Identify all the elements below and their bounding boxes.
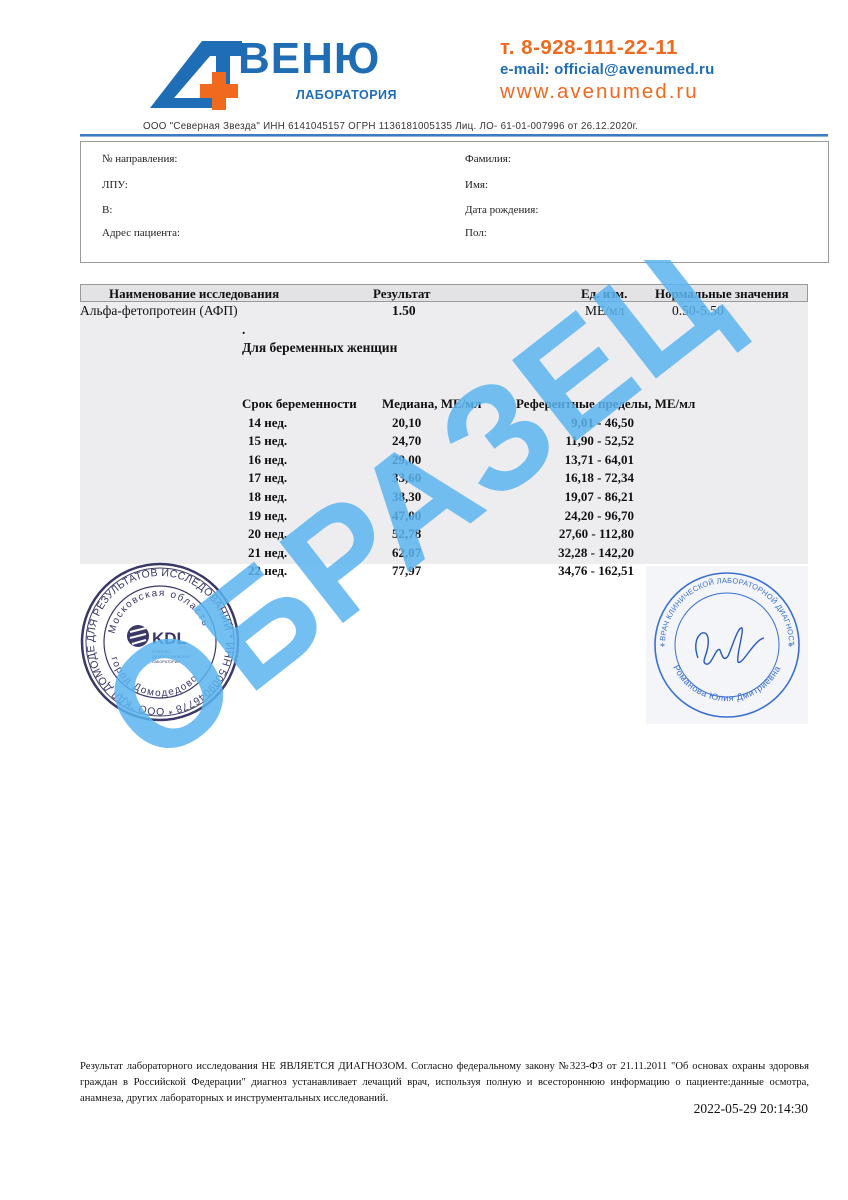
svg-text:ВРАЧ КЛИНИЧЕСКОЙ ЛАБОРАТОРНОЙ: ВРАЧ КЛИНИЧЕСКОЙ ЛАБОРАТОРНОЙ ДИАГНОСТИК… bbox=[646, 566, 796, 646]
svg-text:ЛАБОРАТОРИИ: ЛАБОРАТОРИИ bbox=[152, 660, 180, 664]
contact-block: т. 8-928-111-22-11 e-mail: official@aven… bbox=[500, 36, 750, 104]
gestation-week: 19 нед. bbox=[248, 508, 287, 524]
median-value: 77,97 bbox=[392, 563, 421, 579]
median-value: 20,10 bbox=[392, 415, 421, 431]
reference-range: 13,71 - 64,01 bbox=[514, 452, 634, 468]
doctor-stamp-signature: ВРАЧ КЛИНИЧЕСКОЙ ЛАБОРАТОРНОЙ ДИАГНОСТИК… bbox=[646, 566, 808, 724]
gestation-week: 15 нед. bbox=[248, 433, 287, 449]
gestation-week: 16 нед. bbox=[248, 452, 287, 468]
reference-range: 27,60 - 112,80 bbox=[514, 526, 634, 542]
reference-range: 34,76 - 162,51 bbox=[514, 563, 634, 579]
gestation-week: 22 нед. bbox=[248, 563, 287, 579]
first-name-label: Имя: bbox=[465, 179, 488, 191]
results-table: Наименование исследования Результат Ед. … bbox=[80, 284, 808, 564]
organization-stamp: ДЛЯ РЕЗУЛЬТАТОВ ИССЛЕДОВАНИЙ * ИНН 50090… bbox=[80, 562, 240, 722]
reference-range: 32,28 - 142,20 bbox=[514, 545, 634, 561]
test-result: 1.50 bbox=[392, 303, 416, 319]
results-table-body: Альфа-фетопротеин (АФП) 1.50 МЕ/мл 0.50-… bbox=[80, 302, 808, 564]
gestation-week: 18 нед. bbox=[248, 489, 287, 505]
median-value: 38,30 bbox=[392, 489, 421, 505]
median-value: 29,00 bbox=[392, 452, 421, 468]
legal-line: ООО "Северная Звезда" ИНН 6141045157 ОГР… bbox=[143, 120, 638, 132]
gestation-week: 17 нед. bbox=[248, 470, 287, 486]
pregnancy-section-title: Для беременных женщин bbox=[242, 340, 397, 356]
test-name: Альфа-фетопротеин (АФП) bbox=[80, 303, 238, 319]
gestation-week: 14 нед. bbox=[248, 415, 287, 431]
svg-text:ДИАГНОСТИЧЕСКИЕ: ДИАГНОСТИЧЕСКИЕ bbox=[152, 655, 191, 659]
patient-address-label: Адрес пациента: bbox=[102, 227, 180, 239]
column-header-result: Результат bbox=[373, 286, 430, 302]
contact-email: e-mail: official@avenumed.ru bbox=[500, 60, 750, 80]
svg-text:*: * bbox=[660, 642, 665, 653]
median-value: 33,60 bbox=[392, 470, 421, 486]
lpu-label: ЛПУ: bbox=[102, 179, 128, 191]
svg-text:Романова Юлия Дмитриевна: Романова Юлия Дмитриевна bbox=[671, 663, 782, 703]
column-header-reference-limits: Референтные пределы, МЕ/мл bbox=[516, 396, 695, 412]
svg-text:КЛИНИКО-: КЛИНИКО- bbox=[152, 650, 172, 654]
reference-range: 16,18 - 72,34 bbox=[514, 470, 634, 486]
sex-label: Пол: bbox=[465, 227, 487, 239]
lab-logo: ВЕНЮ ЛАБОРАТОРИЯ bbox=[150, 36, 440, 111]
b-label: В: bbox=[102, 204, 112, 216]
median-value: 24,70 bbox=[392, 433, 421, 449]
column-header-median: Медиана, МЕ/мл bbox=[382, 396, 481, 412]
results-table-header: Наименование исследования Результат Ед. … bbox=[80, 284, 808, 302]
median-value: 52,78 bbox=[392, 526, 421, 542]
reference-range: 19,07 - 86,21 bbox=[514, 489, 634, 505]
patient-info-box: № направления: ЛПУ: В: Адрес пациента: Ф… bbox=[80, 141, 829, 263]
disclaimer-text: Результат лабораторного исследования НЕ … bbox=[80, 1059, 809, 1107]
reference-range: 9,01 - 46,50 bbox=[514, 415, 634, 431]
note-dot: . bbox=[242, 322, 245, 338]
svg-text:Московская область: Московская область bbox=[107, 588, 211, 635]
reference-range: 11,90 - 52,52 bbox=[514, 433, 634, 449]
svg-text:KDL: KDL bbox=[152, 629, 187, 648]
median-value: 62,07 bbox=[392, 545, 421, 561]
column-header-normal-range: Нормальные значения bbox=[655, 286, 789, 302]
reference-range: 24,20 - 96,70 bbox=[514, 508, 634, 524]
column-header-gestation: Срок беременности bbox=[242, 396, 357, 412]
logo-subtitle: ЛАБОРАТОРИЯ bbox=[296, 88, 397, 102]
column-header-unit: Ед. изм. bbox=[581, 286, 627, 302]
contact-website: www.avenumed.ru bbox=[500, 80, 750, 104]
referral-number-label: № направления: bbox=[102, 153, 177, 165]
report-timestamp: 2022-05-29 20:14:30 bbox=[694, 1101, 808, 1117]
date-of-birth-label: Дата рождения: bbox=[465, 204, 538, 216]
header-divider bbox=[80, 134, 828, 137]
logo-wordmark: ВЕНЮ bbox=[238, 36, 380, 82]
gestation-week: 21 нед. bbox=[248, 545, 287, 561]
test-normal-range: 0.50-5.50 bbox=[672, 303, 724, 319]
median-value: 47,00 bbox=[392, 508, 421, 524]
test-unit: МЕ/мл bbox=[585, 303, 624, 319]
column-header-test-name: Наименование исследования bbox=[109, 286, 279, 302]
contact-phone: т. 8-928-111-22-11 bbox=[500, 36, 750, 60]
surname-label: Фамилия: bbox=[465, 153, 511, 165]
svg-text:*: * bbox=[788, 642, 793, 653]
gestation-week: 20 нед. bbox=[248, 526, 287, 542]
